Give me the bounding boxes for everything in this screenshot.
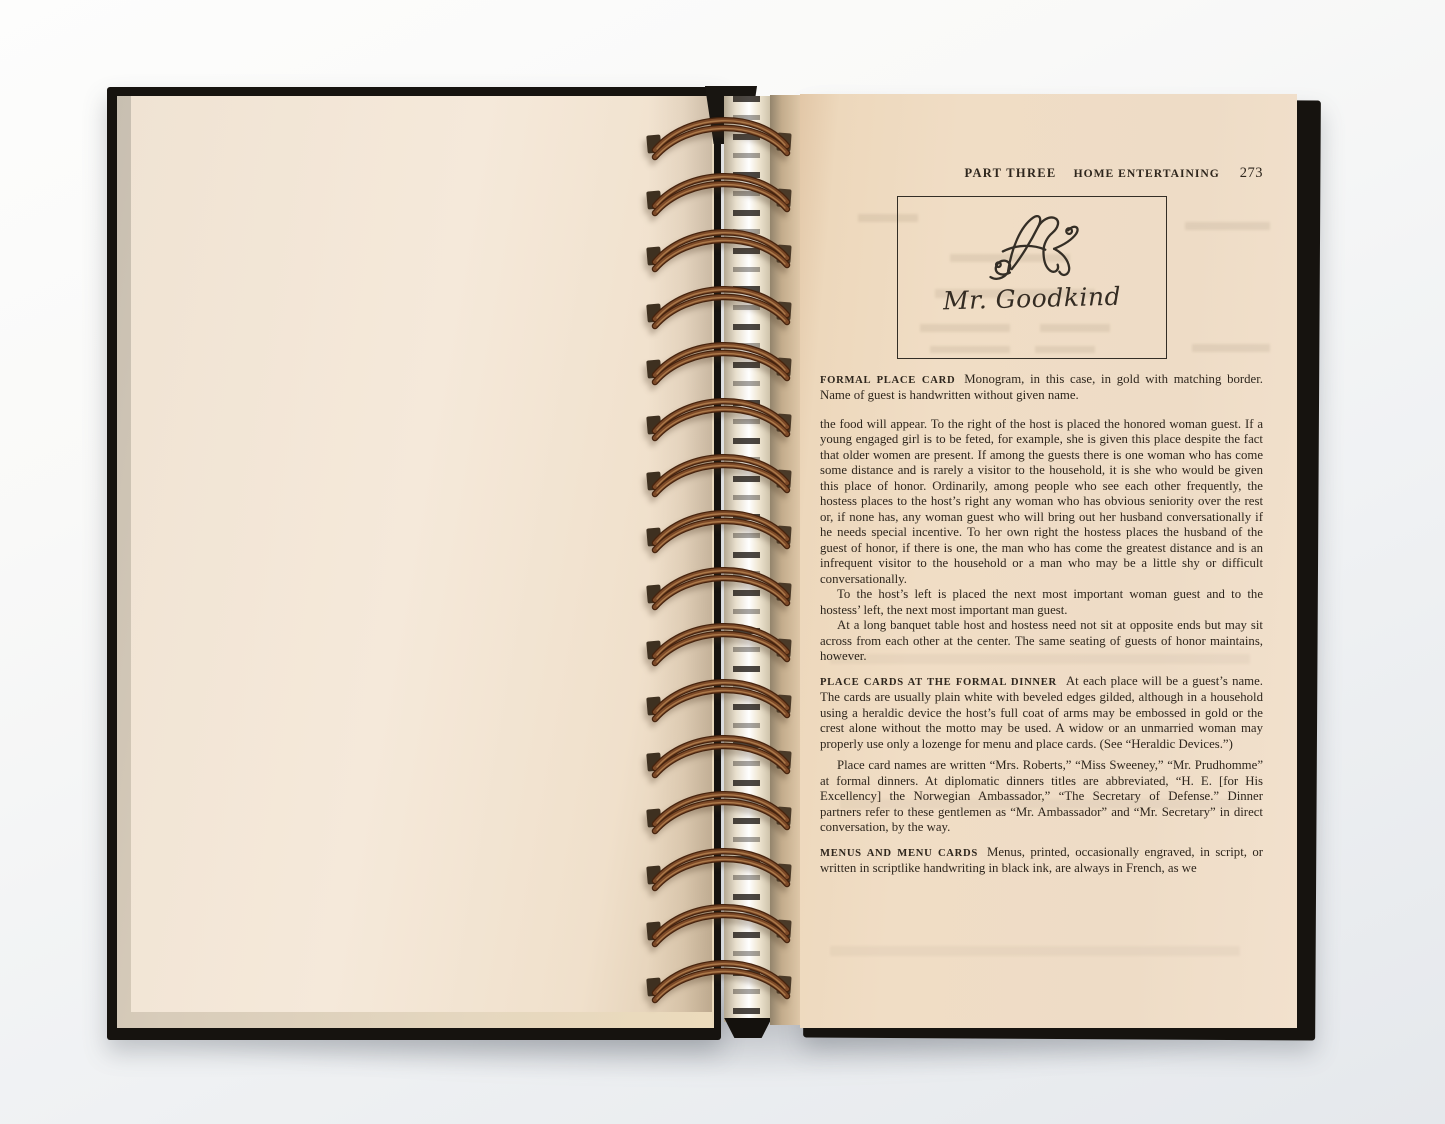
place-card-figure: AK Mr. Goodkind <box>897 196 1167 359</box>
section-head: MENUS AND MENU CARDS <box>820 848 978 859</box>
page-crease-shadow <box>648 96 712 1012</box>
left-blank-page <box>131 96 712 1012</box>
guest-name: Mr. Goodkind <box>898 287 1166 310</box>
section-title: HOME ENTERTAINING <box>1074 166 1220 182</box>
section-head: PLACE CARDS AT THE FORMAL DINNER <box>820 677 1057 688</box>
text-column: PART THREE HOME ENTERTAINING 273 <box>820 166 1263 877</box>
right-text-page: PART THREE HOME ENTERTAINING 273 <box>800 94 1297 1028</box>
show-through <box>830 946 1240 956</box>
page-number: 273 <box>1240 166 1263 182</box>
caption-label: FORMAL PLACE CARD <box>820 375 955 386</box>
body-paragraph: the food will appear. To the right of th… <box>820 417 1263 588</box>
right-page-edge <box>770 95 804 1025</box>
book-photo: PART THREE HOME ENTERTAINING 273 <box>0 0 1445 1124</box>
body-paragraph: Place card names are written “Mrs. Rober… <box>820 758 1263 836</box>
body-paragraph: MENUS AND MENU CARDSMenus, printed, occa… <box>820 845 1263 877</box>
figure-caption: FORMAL PLACE CARDMonogram, in this case,… <box>820 372 1263 404</box>
body-paragraph: At a long banquet table host and hostess… <box>820 618 1263 665</box>
body-paragraph: PLACE CARDS AT THE FORMAL DINNERAt each … <box>820 674 1263 753</box>
part-label: PART THREE <box>964 166 1056 182</box>
spine-punch-slots <box>733 96 760 1022</box>
page-header: PART THREE HOME ENTERTAINING 273 <box>820 166 1263 182</box>
monogram-icon: AK <box>980 209 1084 285</box>
body-paragraph: To the host’s left is placed the next mo… <box>820 587 1263 618</box>
spine-strip <box>724 96 772 1022</box>
